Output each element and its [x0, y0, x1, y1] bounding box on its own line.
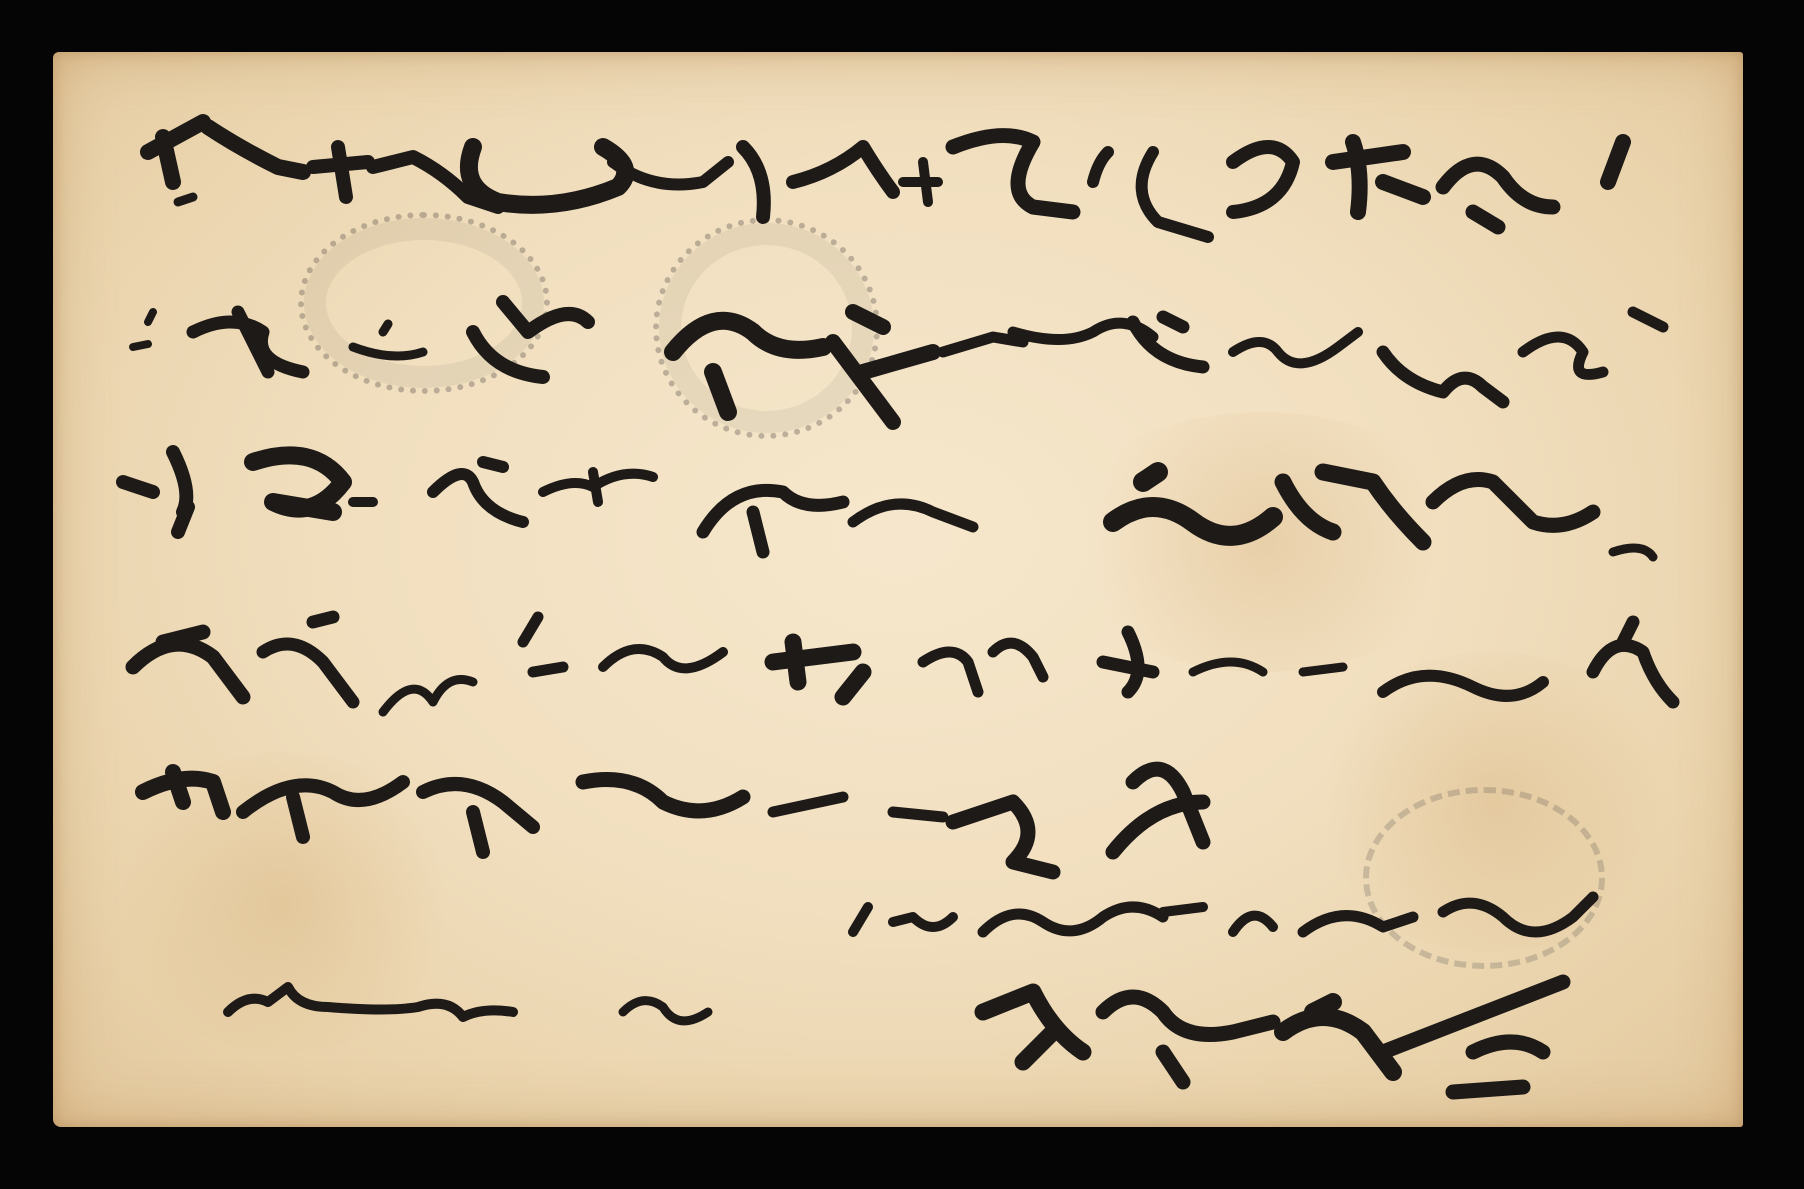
handwritten-row-1: Handwritten row 1 (top) [148, 122, 1623, 237]
handwritten-row-2: Handwritten row 2 [133, 302, 1663, 422]
calligraphy-ink: Handwritten row 1 (top) Handwritten row … [53, 52, 1743, 1127]
postcard: Handwritten message on an old Japanese p… [53, 52, 1743, 1127]
handwritten-row-5: Handwritten row 5 [143, 769, 1203, 872]
handwritten-row-4: Handwritten row 4 [133, 617, 1673, 712]
handwritten-row-3: Handwritten row 3 [123, 452, 1653, 557]
handwritten-row-7: Handwritten row 7 (short, centered-right… [228, 987, 708, 1021]
handwritten-row-6: Handwritten row 6 [853, 897, 1593, 932]
handwritten-row-8-signature: Handwritten row 8 (signature line) [983, 982, 1563, 1092]
